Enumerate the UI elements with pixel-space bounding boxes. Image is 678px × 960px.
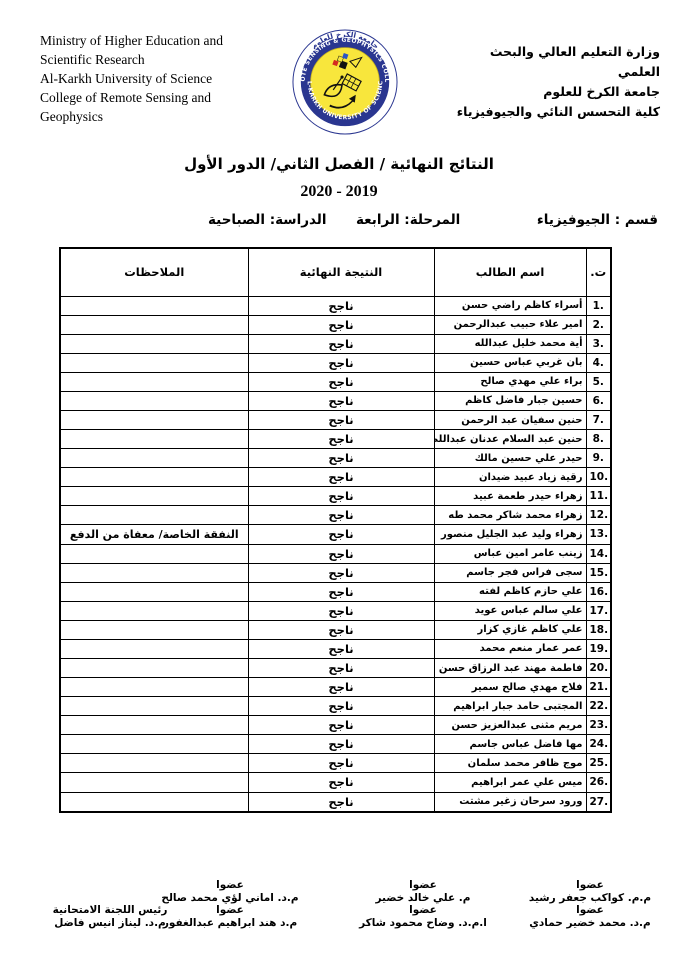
row-number-cell: 26. bbox=[586, 773, 611, 792]
department-label: قسم : الجيوفيزياء bbox=[537, 212, 658, 228]
student-name-cell: أسراء كاظم راضي حسن bbox=[434, 296, 586, 315]
student-name-cell: المجتبى حامد جبار ابراهيم bbox=[434, 697, 586, 716]
results-table: ت. اسم الطالب النتيجة النهائية الملاحظات… bbox=[59, 247, 612, 813]
notes-cell bbox=[60, 754, 248, 773]
student-name-cell: بان غربي عباس حسين bbox=[434, 353, 586, 372]
results-table-body: 1.أسراء كاظم راضي حسنناجح2.امير علاء حبي… bbox=[60, 296, 611, 812]
table-row: 17.علي سالم عباس عويدناجح bbox=[60, 601, 611, 620]
final-result-cell: ناجح bbox=[248, 792, 434, 812]
notes-cell bbox=[60, 544, 248, 563]
notes-cell bbox=[60, 353, 248, 372]
final-result-cell: ناجح bbox=[248, 410, 434, 429]
row-number-cell: 17. bbox=[586, 601, 611, 620]
final-result-cell: ناجح bbox=[248, 735, 434, 754]
table-row: 15.سجى فراس فجر جاسمناجح bbox=[60, 563, 611, 582]
student-name-cell: أية محمد خليل عبدالله bbox=[434, 334, 586, 353]
notes-cell: النفقة الخاصة/ معفاة من الدفع bbox=[60, 525, 248, 544]
student-name-cell: زهراء محمد شاكر محمد طه bbox=[434, 506, 586, 525]
student-name-cell: حيدر علي حسين مالك bbox=[434, 449, 586, 468]
university-logo-icon: جامعة الكرخ للعلوم REMOTE SENSING & GEOP… bbox=[291, 28, 399, 136]
signature-member-2: عضوا م. علي خالد خضير عضوا ا.م.د. وضاح م… bbox=[338, 879, 508, 929]
row-number-cell: 15. bbox=[586, 563, 611, 582]
student-name-cell: رقية زياد عبيد ضيدان bbox=[434, 468, 586, 487]
student-name-cell: ورود سرحان زغير مشتت bbox=[434, 792, 586, 812]
student-name-cell: زينب عامر امين عباس bbox=[434, 544, 586, 563]
title-info-row: قسم : الجيوفيزياء المرحلة: الرابعة الدرا… bbox=[0, 212, 678, 234]
student-name-cell: براء علي مهدي صالح bbox=[434, 372, 586, 391]
notes-cell bbox=[60, 620, 248, 639]
final-result-cell: ناجح bbox=[248, 468, 434, 487]
col-header-student-name: اسم الطالب bbox=[434, 248, 586, 296]
signature-committee-chair: رئيس اللجنة الامتحانية م.د. ليناز انيس ف… bbox=[25, 904, 195, 929]
table-row: 4.بان غربي عباس حسينناجح bbox=[60, 353, 611, 372]
ministry-header-english: Ministry of Higher Education and Scienti… bbox=[40, 31, 255, 126]
row-number-cell: 10. bbox=[586, 468, 611, 487]
row-number-cell: 16. bbox=[586, 582, 611, 601]
student-name-cell: علي سالم عباس عويد bbox=[434, 601, 586, 620]
row-number-cell: 27. bbox=[586, 792, 611, 812]
final-result-cell: ناجح bbox=[248, 658, 434, 677]
ministry-header-arabic: وزارة التعليم العالي والبحث العلمي جامعة… bbox=[445, 42, 660, 122]
final-result-cell: ناجح bbox=[248, 773, 434, 792]
stage-label: المرحلة: الرابعة bbox=[356, 212, 460, 228]
university-logo: جامعة الكرخ للعلوم REMOTE SENSING & GEOP… bbox=[291, 28, 399, 136]
notes-cell bbox=[60, 582, 248, 601]
row-number-cell: 22. bbox=[586, 697, 611, 716]
student-name-cell: فلاح مهدي صالح سمير bbox=[434, 678, 586, 697]
col-header-number: ت. bbox=[586, 248, 611, 296]
final-result-cell: ناجح bbox=[248, 391, 434, 410]
final-result-cell: ناجح bbox=[248, 525, 434, 544]
student-name-cell: فاطمة مهند عبد الرزاق حسن bbox=[434, 658, 586, 677]
final-result-cell: ناجح bbox=[248, 487, 434, 506]
table-row: 10.رقية زياد عبيد ضيدانناجح bbox=[60, 468, 611, 487]
student-name-cell: مريم مثنى عبدالعزيز حسن bbox=[434, 716, 586, 735]
table-row: 20.فاطمة مهند عبد الرزاق حسنناجح bbox=[60, 658, 611, 677]
row-number-cell: 9. bbox=[586, 449, 611, 468]
student-name-cell: حنين عبد السلام عدنان عبداللطيف bbox=[434, 430, 586, 449]
notes-cell bbox=[60, 563, 248, 582]
table-row: 11.زهراء حيدر طعمة عبيدناجح bbox=[60, 487, 611, 506]
table-row: 2.امير علاء حبيب عبدالرحمنناجح bbox=[60, 315, 611, 334]
row-number-cell: 6. bbox=[586, 391, 611, 410]
row-number-cell: 19. bbox=[586, 639, 611, 658]
row-number-cell: 7. bbox=[586, 410, 611, 429]
row-number-cell: 25. bbox=[586, 754, 611, 773]
notes-cell bbox=[60, 716, 248, 735]
final-result-cell: ناجح bbox=[248, 296, 434, 315]
notes-cell bbox=[60, 792, 248, 812]
final-result-cell: ناجح bbox=[248, 334, 434, 353]
notes-cell bbox=[60, 334, 248, 353]
final-result-cell: ناجح bbox=[248, 353, 434, 372]
student-name-cell: امير علاء حبيب عبدالرحمن bbox=[434, 315, 586, 334]
notes-cell bbox=[60, 468, 248, 487]
notes-cell bbox=[60, 391, 248, 410]
notes-cell bbox=[60, 735, 248, 754]
col-header-notes: الملاحظات bbox=[60, 248, 248, 296]
table-row: 26.ميس علي عمر ابراهيمناجح bbox=[60, 773, 611, 792]
table-row: 9.حيدر علي حسين مالكناجح bbox=[60, 449, 611, 468]
final-result-cell: ناجح bbox=[248, 544, 434, 563]
final-result-cell: ناجح bbox=[248, 430, 434, 449]
notes-cell bbox=[60, 678, 248, 697]
table-row: 22.المجتبى حامد جبار ابراهيمناجح bbox=[60, 697, 611, 716]
row-number-cell: 13. bbox=[586, 525, 611, 544]
student-name-cell: مها فاضل عباس جاسم bbox=[434, 735, 586, 754]
final-result-cell: ناجح bbox=[248, 620, 434, 639]
student-name-cell: عمر عمار منعم محمد bbox=[434, 639, 586, 658]
table-row: 5.براء علي مهدي صالحناجح bbox=[60, 372, 611, 391]
student-name-cell: علي حازم كاظم لفته bbox=[434, 582, 586, 601]
student-name-cell: علي كاظم غازي كزار bbox=[434, 620, 586, 639]
notes-cell bbox=[60, 658, 248, 677]
notes-cell bbox=[60, 697, 248, 716]
study-type-label: الدراسة: الصباحية bbox=[208, 212, 326, 228]
notes-cell bbox=[60, 487, 248, 506]
table-row: 8.حنين عبد السلام عدنان عبداللطيفناجح bbox=[60, 430, 611, 449]
student-name-cell: موج ظافر محمد سلمان bbox=[434, 754, 586, 773]
final-result-cell: ناجح bbox=[248, 372, 434, 391]
notes-cell bbox=[60, 601, 248, 620]
notes-cell bbox=[60, 430, 248, 449]
document-title: النتائج النهائية / الفصل الثاني/ الدور ا… bbox=[0, 155, 678, 173]
row-number-cell: 4. bbox=[586, 353, 611, 372]
final-result-cell: ناجح bbox=[248, 449, 434, 468]
table-row: 24.مها فاضل عباس جاسمناجح bbox=[60, 735, 611, 754]
notes-cell bbox=[60, 449, 248, 468]
notes-cell bbox=[60, 506, 248, 525]
table-row: 21.فلاح مهدي صالح سميرناجح bbox=[60, 678, 611, 697]
table-row: 27.ورود سرحان زغير مشتتناجح bbox=[60, 792, 611, 812]
notes-cell bbox=[60, 410, 248, 429]
row-number-cell: 18. bbox=[586, 620, 611, 639]
academic-year: 2020 - 2019 bbox=[0, 183, 678, 201]
table-row: 16.علي حازم كاظم لفتهناجح bbox=[60, 582, 611, 601]
row-number-cell: 2. bbox=[586, 315, 611, 334]
notes-cell bbox=[60, 296, 248, 315]
row-number-cell: 3. bbox=[586, 334, 611, 353]
final-result-cell: ناجح bbox=[248, 639, 434, 658]
notes-cell bbox=[60, 773, 248, 792]
final-result-cell: ناجح bbox=[248, 754, 434, 773]
student-name-cell: ميس علي عمر ابراهيم bbox=[434, 773, 586, 792]
final-result-cell: ناجح bbox=[248, 506, 434, 525]
row-number-cell: 8. bbox=[586, 430, 611, 449]
row-number-cell: 5. bbox=[586, 372, 611, 391]
table-row: 12.زهراء محمد شاكر محمد طهناجح bbox=[60, 506, 611, 525]
student-name-cell: زهراء وليد عبد الجليل منصور bbox=[434, 525, 586, 544]
student-name-cell: حنين سفيان عبد الرحمن bbox=[434, 410, 586, 429]
table-row: 3.أية محمد خليل عبداللهناجح bbox=[60, 334, 611, 353]
table-header-row: ت. اسم الطالب النتيجة النهائية الملاحظات bbox=[60, 248, 611, 296]
student-name-cell: حسين جبار فاضل كاظم bbox=[434, 391, 586, 410]
final-result-cell: ناجح bbox=[248, 716, 434, 735]
table-row: 13.زهراء وليد عبد الجليل منصورناجحالنفقة… bbox=[60, 525, 611, 544]
row-number-cell: 24. bbox=[586, 735, 611, 754]
final-result-cell: ناجح bbox=[248, 601, 434, 620]
results-document-page: Ministry of Higher Education and Scienti… bbox=[0, 0, 678, 960]
table-row: 25.موج ظافر محمد سلمانناجح bbox=[60, 754, 611, 773]
row-number-cell: 23. bbox=[586, 716, 611, 735]
final-result-cell: ناجح bbox=[248, 697, 434, 716]
row-number-cell: 14. bbox=[586, 544, 611, 563]
notes-cell bbox=[60, 639, 248, 658]
final-result-cell: ناجح bbox=[248, 563, 434, 582]
notes-cell bbox=[60, 315, 248, 334]
table-row: 1.أسراء كاظم راضي حسنناجح bbox=[60, 296, 611, 315]
row-number-cell: 11. bbox=[586, 487, 611, 506]
student-name-cell: سجى فراس فجر جاسم bbox=[434, 563, 586, 582]
table-row: 7.حنين سفيان عبد الرحمنناجح bbox=[60, 410, 611, 429]
final-result-cell: ناجح bbox=[248, 582, 434, 601]
table-row: 23.مريم مثنى عبدالعزيز حسنناجح bbox=[60, 716, 611, 735]
row-number-cell: 21. bbox=[586, 678, 611, 697]
signature-member-1: عضوا م.م. كواكب جعفر رشيد عضوا م.د. محمد… bbox=[505, 879, 675, 929]
row-number-cell: 12. bbox=[586, 506, 611, 525]
table-row: 6.حسين جبار فاضل كاظمناجح bbox=[60, 391, 611, 410]
final-result-cell: ناجح bbox=[248, 315, 434, 334]
notes-cell bbox=[60, 372, 248, 391]
final-result-cell: ناجح bbox=[248, 678, 434, 697]
table-row: 14.زينب عامر امين عباسناجح bbox=[60, 544, 611, 563]
table-row: 19.عمر عمار منعم محمدناجح bbox=[60, 639, 611, 658]
col-header-final-result: النتيجة النهائية bbox=[248, 248, 434, 296]
row-number-cell: 20. bbox=[586, 658, 611, 677]
table-row: 18.علي كاظم غازي كزارناجح bbox=[60, 620, 611, 639]
row-number-cell: 1. bbox=[586, 296, 611, 315]
student-name-cell: زهراء حيدر طعمة عبيد bbox=[434, 487, 586, 506]
